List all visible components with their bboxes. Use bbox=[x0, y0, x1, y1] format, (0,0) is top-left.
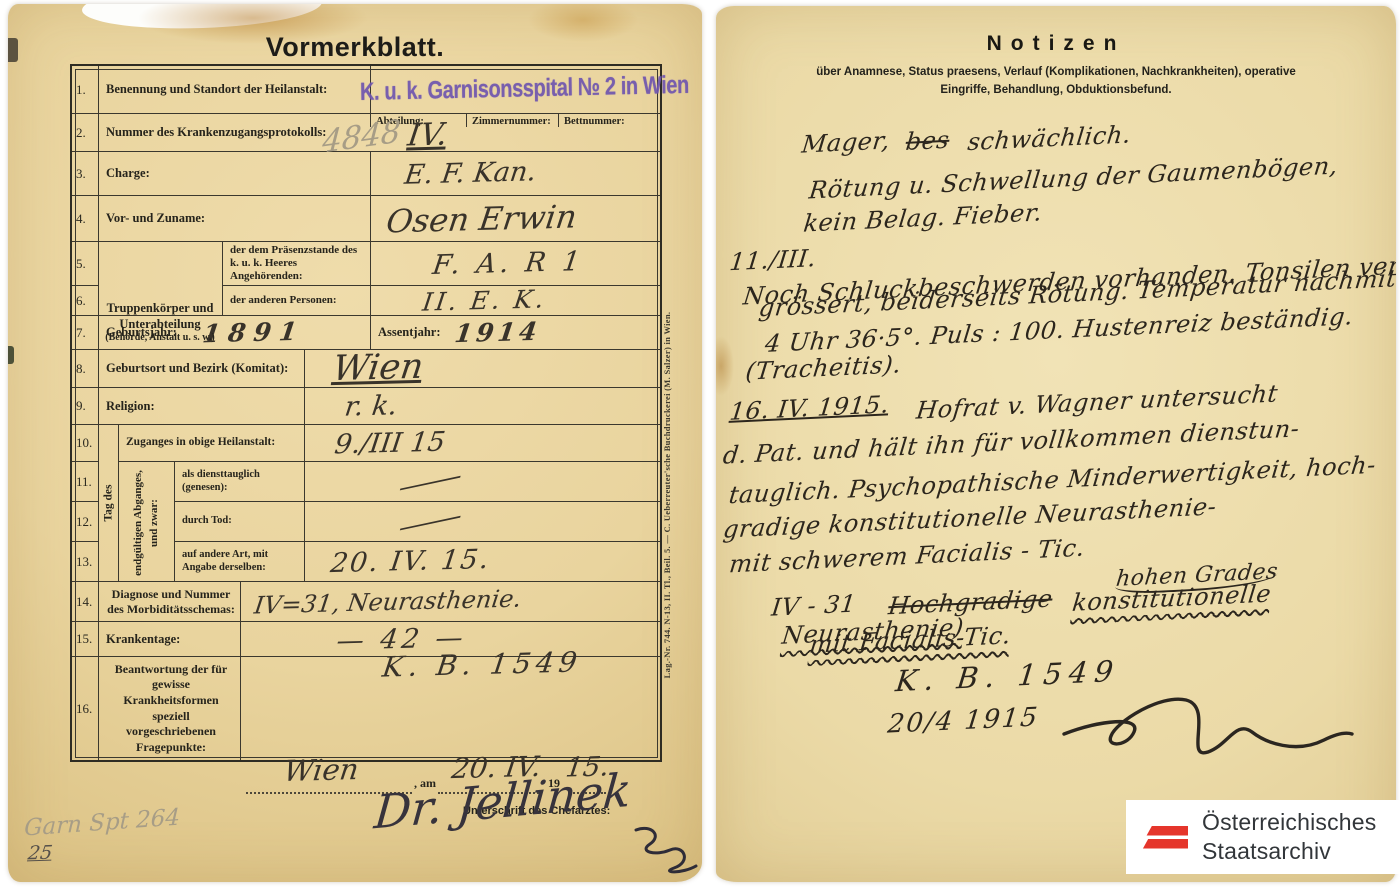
form-row-16: 16. Beantwortung der für gewisse Krankhe… bbox=[72, 656, 660, 760]
notizen-page: Notizen über Anamnese, Status praesens, … bbox=[716, 6, 1396, 882]
row-number: 5. bbox=[72, 241, 98, 285]
handwritten-andere-personen: II. E. K. bbox=[421, 286, 548, 314]
page-title: Vormerkblatt. bbox=[8, 32, 702, 63]
edge-mark bbox=[8, 346, 14, 364]
abgang-spacer bbox=[118, 541, 174, 581]
field-value: — bbox=[304, 461, 660, 501]
field-label: Religion: bbox=[98, 387, 304, 424]
form-row-3: 3. Charge: E. F. Kan. bbox=[72, 151, 660, 195]
row-number: 15. bbox=[72, 621, 98, 656]
field-label: durch Tod: bbox=[174, 501, 304, 541]
label-assentjahr: Assentjahr: bbox=[378, 325, 441, 340]
archive-name: Österreichisches Staatsarchiv bbox=[1202, 808, 1376, 867]
field-value: Assentjahr: 1914 bbox=[370, 315, 660, 349]
row-number: 11. bbox=[72, 461, 98, 501]
row-number: 13. bbox=[72, 541, 98, 581]
archive-logo: Österreichisches Staatsarchiv bbox=[1126, 800, 1400, 874]
form-row-6: 6. der anderen Personen: II. E. K. bbox=[72, 285, 660, 315]
note-line: mit schwerem Facialis - Tic. bbox=[730, 540, 1085, 574]
form-row-10: 10. Zuganges in obige Heilanstalt: 9./II… bbox=[72, 424, 660, 461]
note-line: kein Belag. Fieber. bbox=[804, 204, 1043, 236]
note-line: (Tracheitis). bbox=[746, 354, 902, 384]
handwritten-truppenkoerper: F. A. R 1 bbox=[431, 248, 586, 279]
form-row-4: 4. Vor- und Zuname: Osen Erwin bbox=[72, 195, 660, 241]
field-label: Diagnose und Nummer des Morbiditätsschem… bbox=[98, 581, 240, 621]
abgang-spacer bbox=[118, 501, 174, 541]
field-label: Geburtsjahr: 1891 bbox=[98, 315, 370, 349]
field-label: der anderen Personen: bbox=[222, 285, 370, 315]
form-row-8: 8. Geburtsort und Bezirk (Komitat): Wien bbox=[72, 349, 660, 387]
pencil-archive-note: Garn Spt 264 bbox=[24, 806, 181, 840]
row-number: 14. bbox=[72, 581, 98, 621]
form-row-7: 7. Geburtsjahr: 1891 Assentjahr: 1914 bbox=[72, 315, 660, 349]
chief-physician-signature: Dr. Jellinek bbox=[372, 767, 633, 836]
tag-des-spacer bbox=[98, 501, 118, 541]
note-line: d. Pat. und hält ihn für vollkommen dien… bbox=[724, 424, 1299, 463]
tag-des-spacer bbox=[98, 424, 118, 461]
row-number: 12. bbox=[72, 501, 98, 541]
label-geburtsjahr: Geburtsjahr: bbox=[106, 325, 177, 340]
column-header-bettnummer: Bettnummer: bbox=[558, 113, 660, 127]
handwritten-assentjahr: 1914 bbox=[453, 319, 542, 346]
field-value: Osen Erwin bbox=[370, 195, 660, 241]
field-label: Krankentage: bbox=[98, 621, 240, 656]
tag-des-spacer bbox=[98, 541, 118, 581]
field-value: — bbox=[304, 501, 660, 541]
note-date: 20/4 1915 bbox=[888, 706, 1039, 737]
form-row-13: 13. auf andere Art, mit Angabe derselben… bbox=[72, 541, 660, 581]
field-value: F. A. R 1 bbox=[370, 241, 660, 285]
handwritten-religion: r. k. bbox=[343, 392, 399, 420]
handwritten-dash: — bbox=[394, 502, 466, 541]
handwritten-abgang-datum: 20. IV. 15. bbox=[329, 546, 492, 577]
field-value: K. B. 1549 bbox=[240, 656, 660, 760]
form-row-5: 5. der dem Präsenzstande des k. u. k. He… bbox=[72, 241, 660, 285]
torn-paper-patch bbox=[81, 4, 322, 32]
row-number: 16. bbox=[72, 656, 98, 760]
field-label: Geburtsort und Bezirk (Komitat): bbox=[98, 349, 304, 387]
note-line: gradige konstitutionelle Neurasthenie- bbox=[724, 501, 1216, 538]
doctor-signature-scrawl bbox=[1056, 682, 1356, 782]
row-number: 2. bbox=[72, 113, 98, 151]
row-number: 6. bbox=[72, 285, 98, 315]
handwritten-geburtsjahr: 1891 bbox=[201, 319, 306, 347]
row-number: 7. bbox=[72, 315, 98, 349]
field-value: 20. IV. 15. bbox=[304, 541, 660, 581]
form-row-11: 11. als diensttauglich (genesen): — bbox=[72, 461, 660, 501]
field-label: Vor- und Zuname: bbox=[98, 195, 370, 241]
vormerkblatt-form-table: 1. Benennung und Standort der Heilanstal… bbox=[70, 64, 662, 762]
handwritten-kb-number: K. B. 1549 bbox=[381, 648, 584, 681]
field-label: auf andere Art, mit Angabe derselben: bbox=[174, 541, 304, 581]
field-value: 9./III 15 bbox=[304, 424, 660, 461]
row-number: 4. bbox=[72, 195, 98, 241]
handwritten-abteilung: IV. bbox=[406, 119, 449, 151]
note-line: Mager, bes schwächlich. bbox=[802, 125, 1132, 159]
note-line: mit Facialis-Tic. bbox=[810, 626, 1011, 657]
form-row-9: 9. Religion: r. k. bbox=[72, 387, 660, 424]
column-header-zimmernummer: Zimmernummer: bbox=[466, 113, 558, 127]
row-number: 1. bbox=[72, 66, 98, 113]
field-value: r. k. bbox=[304, 387, 660, 424]
handwritten-dash: — bbox=[394, 462, 466, 501]
handwritten-geburtsort: Wien bbox=[331, 350, 426, 387]
row-number: 3. bbox=[72, 151, 98, 195]
handwritten-zugang-datum: 9./III 15 bbox=[333, 428, 447, 458]
vormerkblatt-page: Vormerkblatt. 1. Benennung und Standort … bbox=[8, 4, 702, 882]
form-row-12: 12. durch Tod: — bbox=[72, 501, 660, 541]
handwritten-notes: Mager, bes schwächlich. Rötung u. Schwel… bbox=[716, 6, 1396, 882]
field-value: E. F. Kan. bbox=[370, 151, 660, 195]
row-number: 9. bbox=[72, 387, 98, 424]
pencil-archive-note-2: 25 bbox=[27, 844, 54, 864]
field-label: als diensttauglich (genesen): bbox=[174, 461, 304, 501]
field-label: Beantwortung der für gewisse Krankheitsf… bbox=[98, 656, 240, 760]
note-line: Rötung u. Schwellung der Gaumenbögen, bbox=[810, 160, 1338, 198]
austrian-flag-icon bbox=[1142, 823, 1188, 851]
field-value: Wien bbox=[304, 349, 660, 387]
handwritten-charge: E. F. Kan. bbox=[403, 158, 538, 188]
field-value: II. E. K. bbox=[370, 285, 660, 315]
handwritten-diagnose: IV=31, Neurasthenie. bbox=[253, 586, 523, 617]
printer-imprint: Lag.-Nr. 744. N-13, II. Tl., Beil. 5. — … bbox=[661, 215, 673, 775]
handwritten-name: Osen Erwin bbox=[385, 200, 579, 237]
field-label: der dem Präsenzstande des k. u. k. Heere… bbox=[222, 241, 370, 285]
group-label-spacer bbox=[98, 285, 222, 315]
signature-flourish bbox=[622, 822, 698, 878]
note-line: tauglich. Psychopathische Minderwertigke… bbox=[730, 461, 1375, 501]
field-label: Zuganges in obige Heilanstalt: bbox=[118, 424, 304, 461]
tag-des-spacer bbox=[98, 461, 118, 501]
group-label-spacer bbox=[98, 241, 222, 285]
handwritten-place: Wien bbox=[282, 755, 361, 786]
row-number: 8. bbox=[72, 349, 98, 387]
form-row-14: 14. Diagnose und Nummer des Morbiditätss… bbox=[72, 581, 660, 621]
abgang-spacer bbox=[118, 461, 174, 501]
row-number: 10. bbox=[72, 424, 98, 461]
field-value: IV=31, Neurasthenie. bbox=[240, 581, 660, 621]
field-label: Benennung und Standort der Heilanstalt: bbox=[98, 66, 370, 113]
